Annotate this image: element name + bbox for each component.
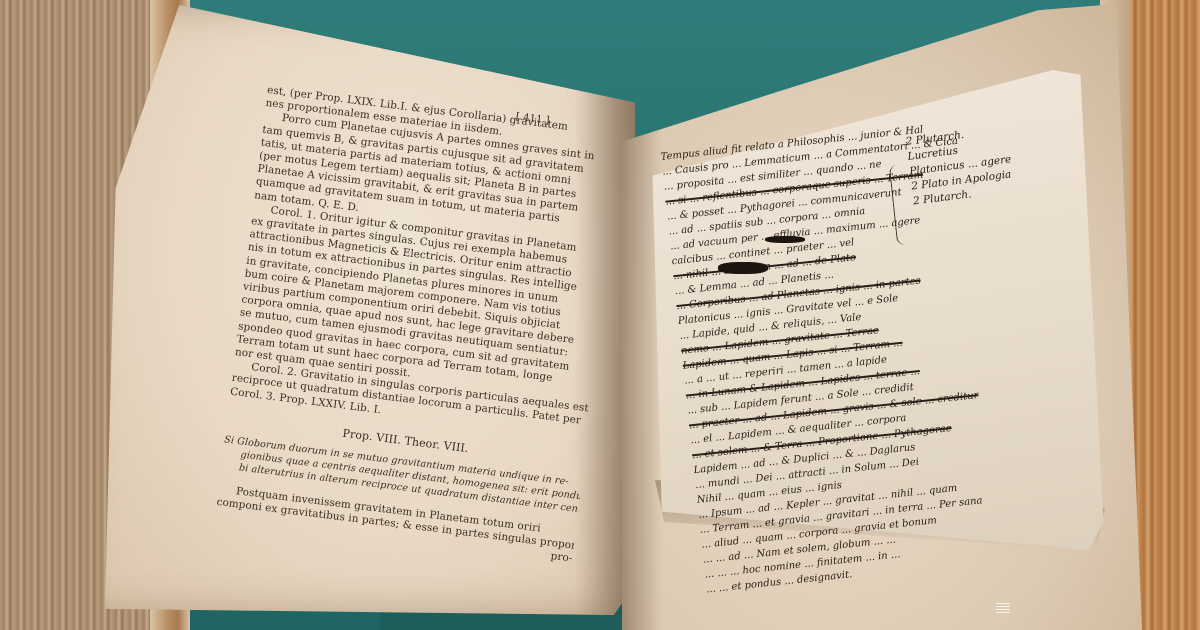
ink-blot (718, 262, 768, 274)
ink-blot (765, 236, 805, 243)
light-glare (996, 603, 1010, 613)
photo-scene: [ 411 ] est, (per Prop. LXIX. Lib.I. & e… (0, 0, 1200, 630)
printed-text-block: [ 411 ] est, (per Prop. LXIX. Lib.I. & e… (214, 84, 625, 566)
